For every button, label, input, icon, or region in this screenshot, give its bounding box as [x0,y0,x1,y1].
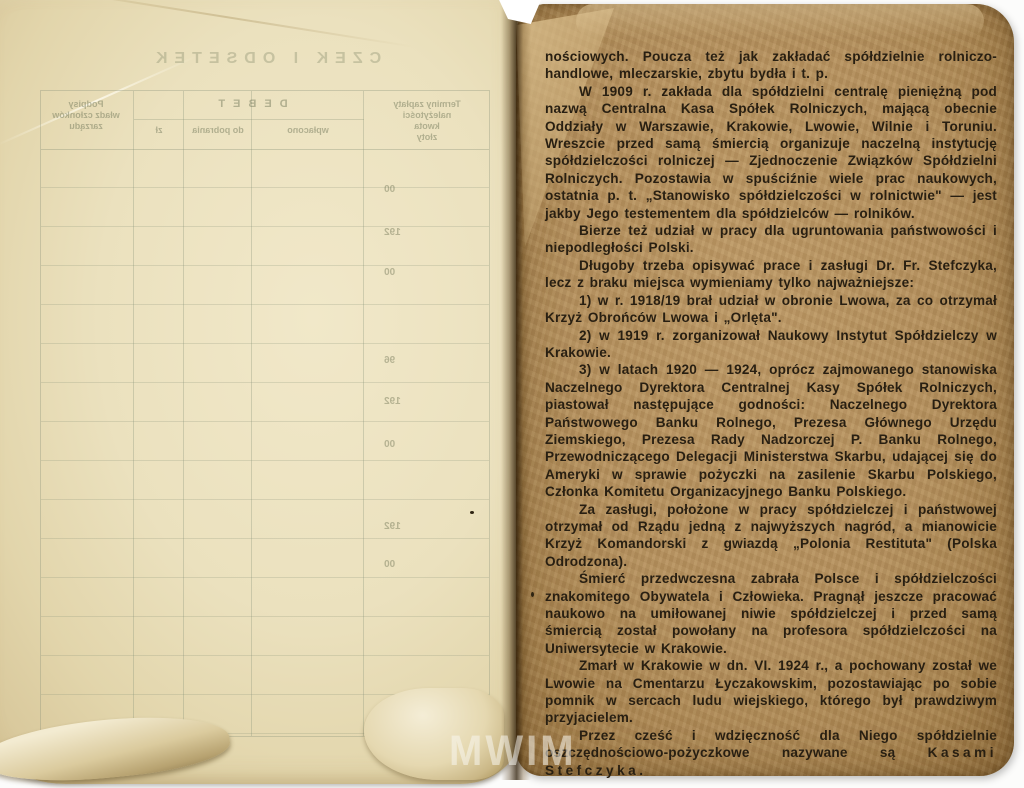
paper-highlight [576,4,984,38]
ghost-ledger-table: Terminy zapłaty należytości kwota złoty … [40,90,490,737]
list-item-paragraph: 2) w 1919 r. zorganizował Naukowy Instyt… [545,327,997,362]
ghost-table-rows [41,149,489,736]
ghost-number: 00 [384,439,424,450]
paragraph: nościowych. Poucza też jak zakładać spół… [545,48,997,83]
paragraph: Śmierć przedwczesna zabrała Polsce i spó… [545,570,997,657]
ghost-title: CZEK I ODSETEK [40,50,490,68]
ghost-column-header: do pobrania [186,125,250,136]
left-page: CZEK I ODSETEK Terminy zapłaty należytoś… [0,0,520,784]
ghost-number: 192 [384,521,424,532]
ghost-number: 00 [384,267,424,278]
paper-crease [0,55,197,146]
ghost-column-header: DEBET [134,99,364,110]
page-text: nościowych. Poucza też jak zakładać spół… [545,48,997,779]
paragraph: W 1909 r. zakłada dla spółdzielni centra… [545,83,997,222]
scan-background: CZEK I ODSETEK Terminy zapłaty należytoś… [0,0,1024,788]
right-page: nościowych. Poucza też jak zakładać spół… [516,4,1014,776]
paragraph: Długoby trzeba opisywać prace i zasługi … [545,257,997,292]
paragraph: Przez cześć i wdzięczność dla Niego spół… [545,727,997,779]
list-item-paragraph: 1) w r. 1918/19 brał udział w obronie Lw… [545,292,997,327]
paragraph: Za zasługi, położone w pracy spółdzielcz… [545,501,997,571]
watermark: MWIM [449,728,577,776]
showthrough-ghost: CZEK I ODSETEK Terminy zapłaty należytoś… [40,50,490,750]
list-item-paragraph: 3) w latach 1920 — 1924, oprócz zajmowan… [545,361,997,500]
ghost-number: 00 [384,559,424,570]
ghost-number: 192 [384,396,424,407]
ghost-number: 96 [384,355,424,366]
book-gutter-shadow [501,0,531,780]
ghost-column-header: Terminy zapłaty należytości kwota złoty [369,99,485,143]
paragraph: Zmarł w Krakowie w dn. VI. 1924 r., a po… [545,657,997,727]
ink-speck [531,592,534,597]
ghost-number: 192 [384,227,424,238]
ghost-column-header: wpłacono [254,125,362,136]
ink-speck [470,511,474,514]
ghost-column-header: zł [136,125,182,136]
paper-crease [38,0,414,48]
ghost-number: 00 [384,184,424,195]
paragraph: Bierze też udział w pracy dla ugruntowan… [545,222,997,257]
page-curl-bottom-left [0,707,232,788]
